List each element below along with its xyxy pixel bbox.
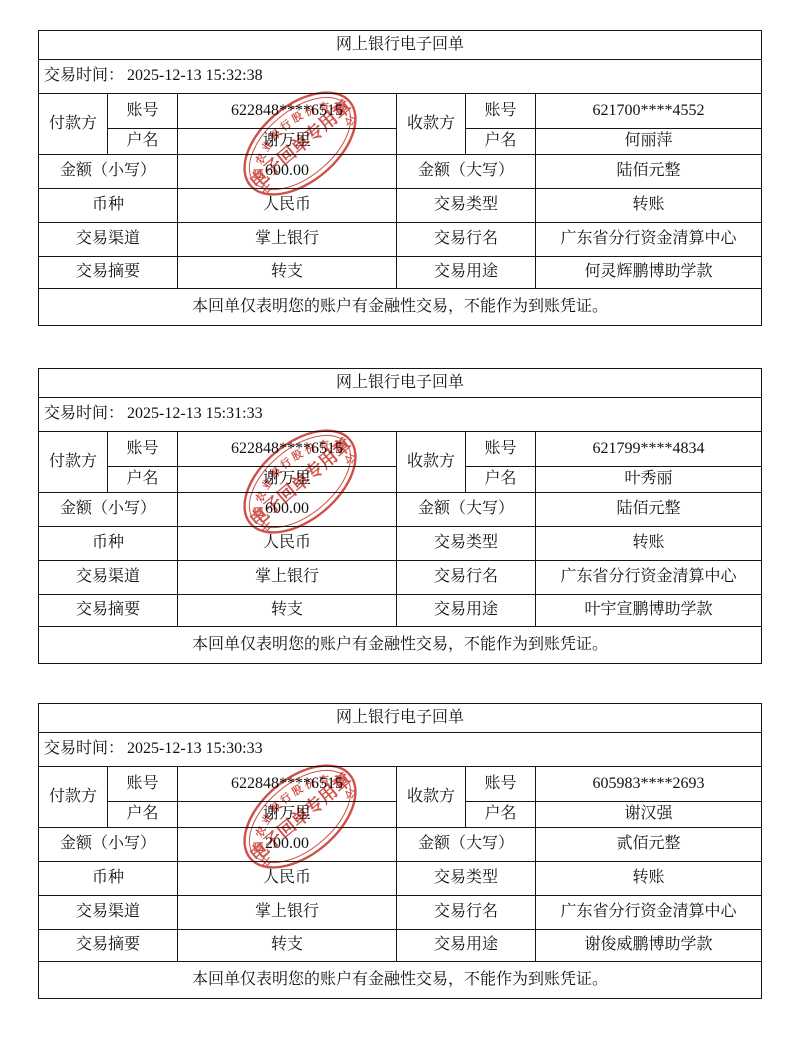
receipt-card: 网上银行电子回单 交易时间：2025-12-13 15:31:33 付款方 账号… — [38, 368, 762, 664]
summary-value: 转支 — [178, 257, 397, 289]
transaction-time-row: 交易时间：2025-12-13 15:30:33 — [39, 733, 761, 767]
amount-words-label: 金额（大写） — [397, 828, 536, 862]
payer-name-label: 户名 — [108, 802, 178, 828]
amount-words-value: 陆佰元整 — [536, 155, 761, 189]
summary-label: 交易摘要 — [39, 930, 178, 962]
transaction-type-value: 转账 — [536, 527, 761, 561]
clearing-bank-value: 广东省分行资金清算中心 — [536, 561, 761, 595]
payer-account-value: 622848****6515 — [178, 767, 397, 802]
payer-section-label: 付款方 — [39, 94, 108, 155]
payee-section-label: 收款方 — [397, 432, 466, 493]
payer-section-label: 付款方 — [39, 767, 108, 828]
payee-name-value: 叶秀丽 — [536, 467, 761, 493]
clearing-bank-value: 广东省分行资金清算中心 — [536, 896, 761, 930]
receipt-card: 网上银行电子回单 交易时间：2025-12-13 15:30:33 付款方 账号… — [38, 703, 762, 999]
amount-figures-label: 金额（小写） — [39, 155, 178, 189]
transaction-time-value: 2025-12-13 15:31:33 — [127, 405, 263, 423]
payee-name-label: 户名 — [466, 129, 536, 155]
purpose-label: 交易用途 — [397, 595, 536, 627]
transaction-time-value: 2025-12-13 15:30:33 — [127, 740, 263, 758]
channel-label: 交易渠道 — [39, 561, 178, 595]
payee-name-label: 户名 — [466, 802, 536, 828]
payer-account-value: 622848****6515 — [178, 432, 397, 467]
payer-name-label: 户名 — [108, 129, 178, 155]
payer-name-value: 谢万里 — [178, 467, 397, 493]
disclaimer-note: 本回单仅表明您的账户有金融性交易，不能作为到账凭证。 — [39, 627, 761, 663]
page: 网上银行电子回单 交易时间：2025-12-13 15:32:38 付款方 账号… — [0, 0, 800, 1059]
clearing-bank-value: 广东省分行资金清算中心 — [536, 223, 761, 257]
transaction-time-label: 交易时间： — [44, 405, 124, 423]
currency-value: 人民币 — [178, 862, 397, 896]
amount-words-value: 陆佰元整 — [536, 493, 761, 527]
payer-account-label: 账号 — [108, 94, 178, 129]
payee-section-label: 收款方 — [397, 767, 466, 828]
channel-label: 交易渠道 — [39, 223, 178, 257]
receipt-title: 网上银行电子回单 — [39, 704, 761, 733]
transaction-type-label: 交易类型 — [397, 862, 536, 896]
currency-label: 币种 — [39, 527, 178, 561]
payer-account-value: 622848****6515 — [178, 94, 397, 129]
receipt-card: 网上银行电子回单 交易时间：2025-12-13 15:32:38 付款方 账号… — [38, 30, 762, 326]
channel-value: 掌上银行 — [178, 896, 397, 930]
payer-name-value: 谢万里 — [178, 802, 397, 828]
purpose-value: 叶宇宣鹏博助学款 — [536, 595, 761, 627]
payee-account-value: 621799****4834 — [536, 432, 761, 467]
amount-figures-label: 金额（小写） — [39, 828, 178, 862]
payee-name-value: 何丽萍 — [536, 129, 761, 155]
payer-section-label: 付款方 — [39, 432, 108, 493]
transaction-type-label: 交易类型 — [397, 189, 536, 223]
currency-label: 币种 — [39, 189, 178, 223]
receipt-table: 网上银行电子回单 交易时间：2025-12-13 15:30:33 付款方 账号… — [39, 704, 761, 998]
summary-label: 交易摘要 — [39, 595, 178, 627]
receipt-title: 网上银行电子回单 — [39, 31, 761, 60]
transaction-time-label: 交易时间： — [44, 67, 124, 85]
amount-words-label: 金额（大写） — [397, 155, 536, 189]
disclaimer-note: 本回单仅表明您的账户有金融性交易，不能作为到账凭证。 — [39, 962, 761, 998]
amount-figures-value: 600.00 — [178, 155, 397, 189]
currency-value: 人民币 — [178, 527, 397, 561]
purpose-value: 谢俊威鹏博助学款 — [536, 930, 761, 962]
payer-name-label: 户名 — [108, 467, 178, 493]
transaction-type-label: 交易类型 — [397, 527, 536, 561]
purpose-label: 交易用途 — [397, 257, 536, 289]
amount-words-label: 金额（大写） — [397, 493, 536, 527]
payee-account-label: 账号 — [466, 432, 536, 467]
transaction-time-label: 交易时间： — [44, 740, 124, 758]
transaction-type-value: 转账 — [536, 189, 761, 223]
currency-value: 人民币 — [178, 189, 397, 223]
summary-value: 转支 — [178, 930, 397, 962]
payee-name-value: 谢汉强 — [536, 802, 761, 828]
purpose-label: 交易用途 — [397, 930, 536, 962]
currency-label: 币种 — [39, 862, 178, 896]
transaction-time-row: 交易时间：2025-12-13 15:32:38 — [39, 60, 761, 94]
summary-label: 交易摘要 — [39, 257, 178, 289]
amount-figures-label: 金额（小写） — [39, 493, 178, 527]
amount-figures-value: 600.00 — [178, 493, 397, 527]
clearing-bank-label: 交易行名 — [397, 561, 536, 595]
purpose-value: 何灵辉鹏博助学款 — [536, 257, 761, 289]
receipt-table: 网上银行电子回单 交易时间：2025-12-13 15:31:33 付款方 账号… — [39, 369, 761, 663]
payee-account-label: 账号 — [466, 767, 536, 802]
summary-value: 转支 — [178, 595, 397, 627]
payee-section-label: 收款方 — [397, 94, 466, 155]
amount-words-value: 贰佰元整 — [536, 828, 761, 862]
receipt-table: 网上银行电子回单 交易时间：2025-12-13 15:32:38 付款方 账号… — [39, 31, 761, 325]
payee-account-value: 621700****4552 — [536, 94, 761, 129]
payee-account-value: 605983****2693 — [536, 767, 761, 802]
payee-account-label: 账号 — [466, 94, 536, 129]
amount-figures-value: 200.00 — [178, 828, 397, 862]
clearing-bank-label: 交易行名 — [397, 223, 536, 257]
payer-account-label: 账号 — [108, 767, 178, 802]
transaction-type-value: 转账 — [536, 862, 761, 896]
payer-account-label: 账号 — [108, 432, 178, 467]
receipt-title: 网上银行电子回单 — [39, 369, 761, 398]
channel-value: 掌上银行 — [178, 223, 397, 257]
clearing-bank-label: 交易行名 — [397, 896, 536, 930]
channel-value: 掌上银行 — [178, 561, 397, 595]
payee-name-label: 户名 — [466, 467, 536, 493]
payer-name-value: 谢万里 — [178, 129, 397, 155]
disclaimer-note: 本回单仅表明您的账户有金融性交易，不能作为到账凭证。 — [39, 289, 761, 325]
transaction-time-row: 交易时间：2025-12-13 15:31:33 — [39, 398, 761, 432]
transaction-time-value: 2025-12-13 15:32:38 — [127, 67, 263, 85]
channel-label: 交易渠道 — [39, 896, 178, 930]
